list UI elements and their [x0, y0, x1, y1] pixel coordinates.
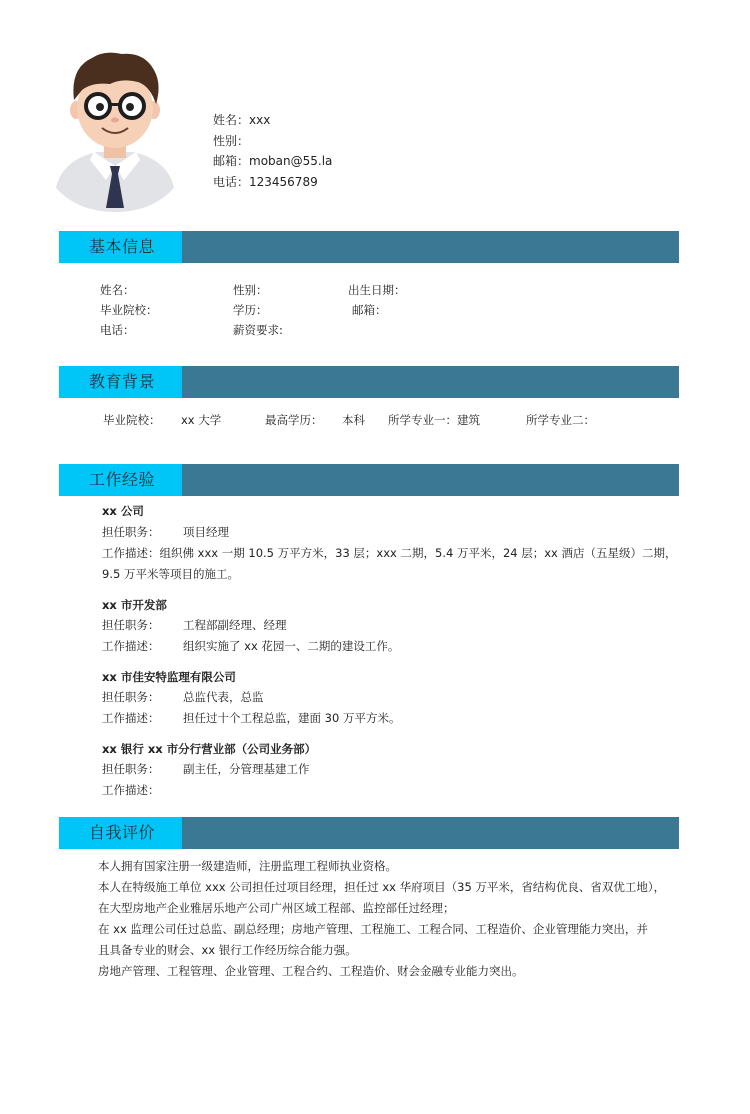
section-bar-self-eval: 自我评价 — [59, 817, 679, 849]
job-desc: 组织实施了 xx 花园一、二期的建设工作。 — [183, 638, 399, 654]
contact-name: 姓名：xxx — [213, 110, 332, 131]
job-desc: 担任过十个工程总监，建面 30 万平方米。 — [183, 710, 400, 726]
basic-gender: 性别： — [233, 282, 268, 298]
job-role: 副主任，分管理基建工作 — [183, 761, 310, 777]
contact-email[interactable]: 邮箱：moban@55.la — [213, 151, 332, 172]
contact-phone: 电话：123456789 — [213, 172, 332, 193]
job-role-label: 担任职务： — [102, 617, 160, 633]
job-role-label: 担任职务： — [102, 761, 160, 777]
job-company: xx 市开发部 — [102, 597, 167, 613]
job-role: 工程部副经理、经理 — [183, 617, 287, 633]
self-eval-line: 本人拥有国家注册一级建造师，注册监理工程师执业资格。 — [98, 858, 397, 874]
contact-gender: 性别： — [213, 131, 332, 152]
basic-birth: 出生日期： — [348, 282, 406, 298]
self-eval-line: 房地产管理、工程管理、企业管理、工程合约、工程造价、财会金融专业能力突出。 — [98, 963, 524, 979]
edu-school-label: 毕业院校： — [103, 412, 161, 428]
job-desc-line1: 工作描述：组织佛 xxx 一期 10.5 万平方米，33 层；xxx 二期，5.… — [102, 545, 677, 561]
self-eval-line: 在 xx 监理公司任过总监、副总经理；房地产管理、工程施工、工程合同、工程造价、… — [98, 921, 648, 937]
basic-degree: 学历： — [233, 302, 268, 318]
self-eval-line: 本人在特级施工单位 xxx 公司担任过项目经理，担任过 xx 华府项目（35 万… — [98, 879, 665, 895]
job-role-label: 担任职务： — [102, 524, 160, 540]
self-eval-line: 在大型房地产企业雅居乐地产公司广州区域工程部、监控部任过经理； — [98, 900, 455, 916]
contact-block: 姓名：xxx 性别： 邮箱：moban@55.la 电话：123456789 — [213, 110, 332, 192]
job-desc-line2: 9.5 万平米等项目的施工。 — [102, 566, 239, 582]
basic-email: 邮箱： — [352, 302, 387, 318]
section-title-self-eval: 自我评价 — [59, 817, 182, 849]
basic-school: 毕业院校： — [100, 302, 158, 318]
edu-degree-value: 本科 — [342, 412, 365, 428]
basic-phone: 电话： — [100, 322, 135, 338]
section-bar-education: 教育背景 — [59, 366, 679, 398]
avatar-icon — [52, 48, 178, 212]
edu-major1: 所学专业一：建筑 — [388, 412, 480, 428]
basic-salary: 薪资要求: — [233, 322, 283, 338]
job-company: xx 公司 — [102, 503, 144, 519]
job-company: xx 银行 xx 市分行营业部（公司业务部） — [102, 741, 316, 757]
section-bar-work: 工作经验 — [59, 464, 679, 496]
section-title-work: 工作经验 — [59, 464, 182, 496]
edu-major2: 所学专业二： — [526, 412, 595, 428]
resume-header: 姓名：xxx 性别： 邮箱：moban@55.la 电话：123456789 — [0, 0, 750, 225]
basic-name: 姓名： — [100, 282, 135, 298]
job-desc-label: 工作描述： — [102, 638, 160, 654]
job-company: xx 市佳安特监理有限公司 — [102, 669, 236, 685]
edu-degree-label: 最高学历： — [265, 412, 323, 428]
section-title-education: 教育背景 — [59, 366, 182, 398]
section-title-basic-info: 基本信息 — [59, 231, 182, 263]
job-desc-label: 工作描述： — [102, 782, 160, 798]
job-role: 总监代表，总监 — [183, 689, 264, 705]
job-role: 项目经理 — [183, 524, 229, 540]
edu-school-value: xx 大学 — [181, 412, 221, 428]
section-bar-basic-info: 基本信息 — [59, 231, 679, 263]
job-role-label: 担任职务： — [102, 689, 160, 705]
job-desc-label: 工作描述： — [102, 710, 160, 726]
self-eval-line: 且具备专业的财会、xx 银行工作经历综合能力强。 — [98, 942, 357, 958]
